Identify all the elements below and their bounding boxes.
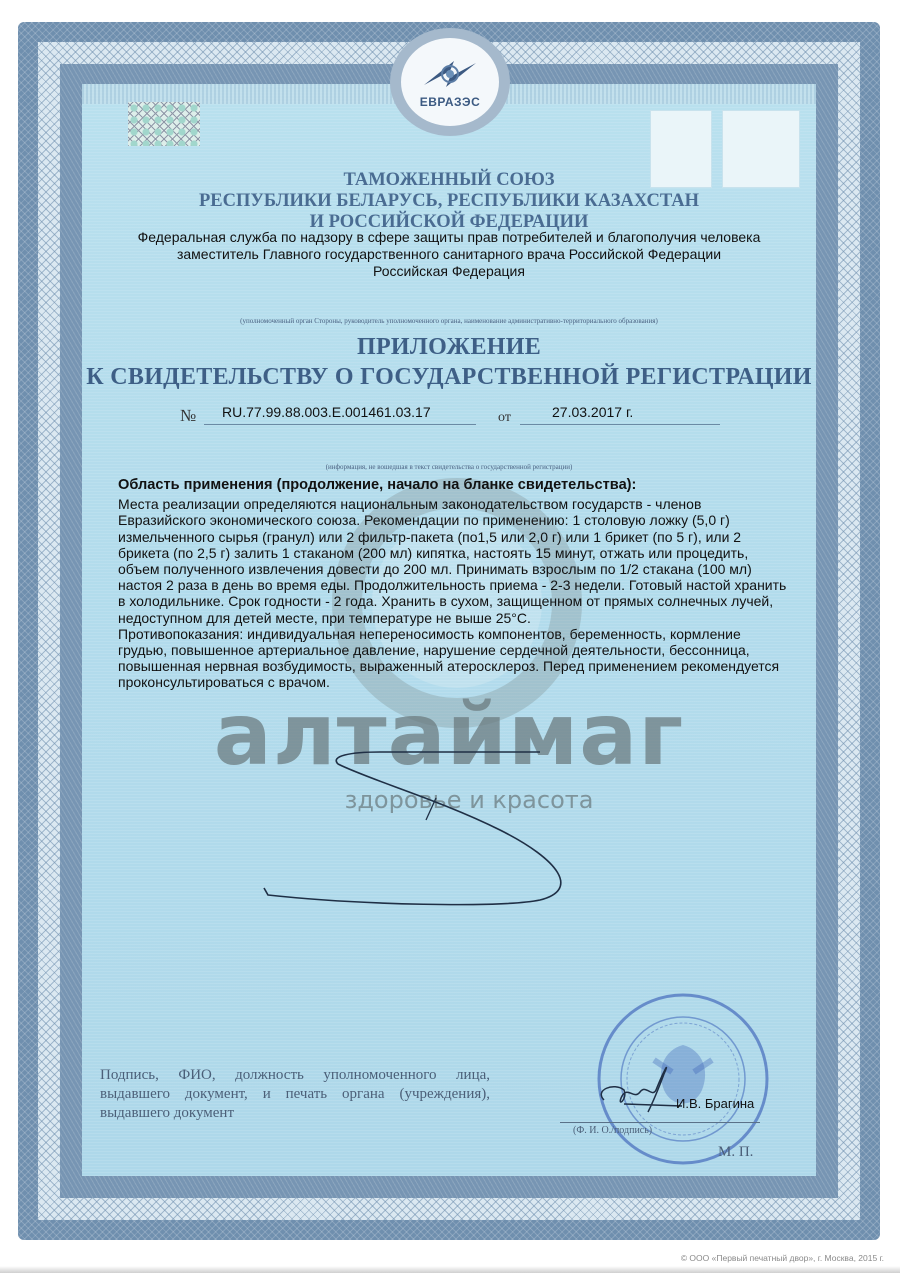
application-area: Область применения (продолжение, начало …: [118, 477, 792, 691]
printer-copyright: © ООО «Первый печатный двор», г. Москва,…: [681, 1253, 884, 1263]
date-underline: [520, 424, 720, 425]
authority-line: заместитель Главного государственного са…: [82, 246, 816, 263]
director-signature-icon: [594, 1060, 684, 1120]
from-label: от: [498, 410, 511, 426]
scan-edge: [0, 1266, 900, 1273]
annex-title: ПРИЛОЖЕНИЕ К СВИДЕТЕЛЬСТВУ О ГОСУДАРСТВЕ…: [82, 332, 816, 392]
annex-title-line: ПРИЛОЖЕНИЕ: [82, 332, 816, 362]
registration-row: № RU.77.99.88.003.E.001461.03.17 от 27.0…: [180, 404, 720, 426]
info-caption: (информация, не вошедшая в текст свидете…: [82, 463, 816, 471]
security-pattern-patch: [128, 102, 200, 146]
section-heading: Область применения (продолжение, начало …: [118, 477, 792, 493]
registration-number: RU.77.99.88.003.E.001461.03.17: [222, 404, 431, 420]
signature-instructions: Подпись, ФИО, должность уполномоченного …: [100, 1066, 490, 1123]
handwritten-signature-icon: [240, 740, 620, 940]
authority-line: Российская Федерация: [82, 263, 816, 280]
signature-line: [560, 1122, 760, 1123]
eurasec-logo-icon: [420, 55, 480, 93]
authority-caption: (уполномоченный орган Стороны, руководит…: [82, 317, 816, 325]
signature-caption: (Ф. И. О./подпись): [573, 1125, 652, 1136]
seal-placeholder: М. П.: [718, 1144, 753, 1161]
annex-title-line: К СВИДЕТЕЛЬСТВУ О ГОСУДАРСТВЕННОЙ РЕГИСТ…: [82, 362, 816, 392]
issuing-authority: Федеральная служба по надзору в сфере за…: [82, 229, 816, 280]
registration-date: 27.03.2017 г.: [552, 404, 633, 420]
customs-union-title: ТАМОЖЕННЫЙ СОЮЗ РЕСПУБЛИКИ БЕЛАРУСЬ, РЕС…: [82, 170, 816, 233]
title-line: ТАМОЖЕННЫЙ СОЮЗ: [82, 170, 816, 191]
eurasec-emblem: ЕВРАЗЭС: [390, 28, 510, 136]
title-line: РЕСПУБЛИКИ БЕЛАРУСЬ, РЕСПУБЛИКИ КАЗАХСТА…: [82, 191, 816, 212]
authority-line: Федеральная служба по надзору в сфере за…: [82, 229, 816, 246]
number-underline: [204, 424, 476, 425]
signer-name: И.В. Брагина: [676, 1096, 754, 1111]
emblem-label: ЕВРАЗЭС: [420, 95, 481, 109]
number-sign: №: [180, 406, 196, 426]
contraindications-paragraph: Противопоказания: индивидуальная неперен…: [118, 626, 792, 691]
usage-paragraph: Места реализации определяются национальн…: [118, 496, 792, 626]
